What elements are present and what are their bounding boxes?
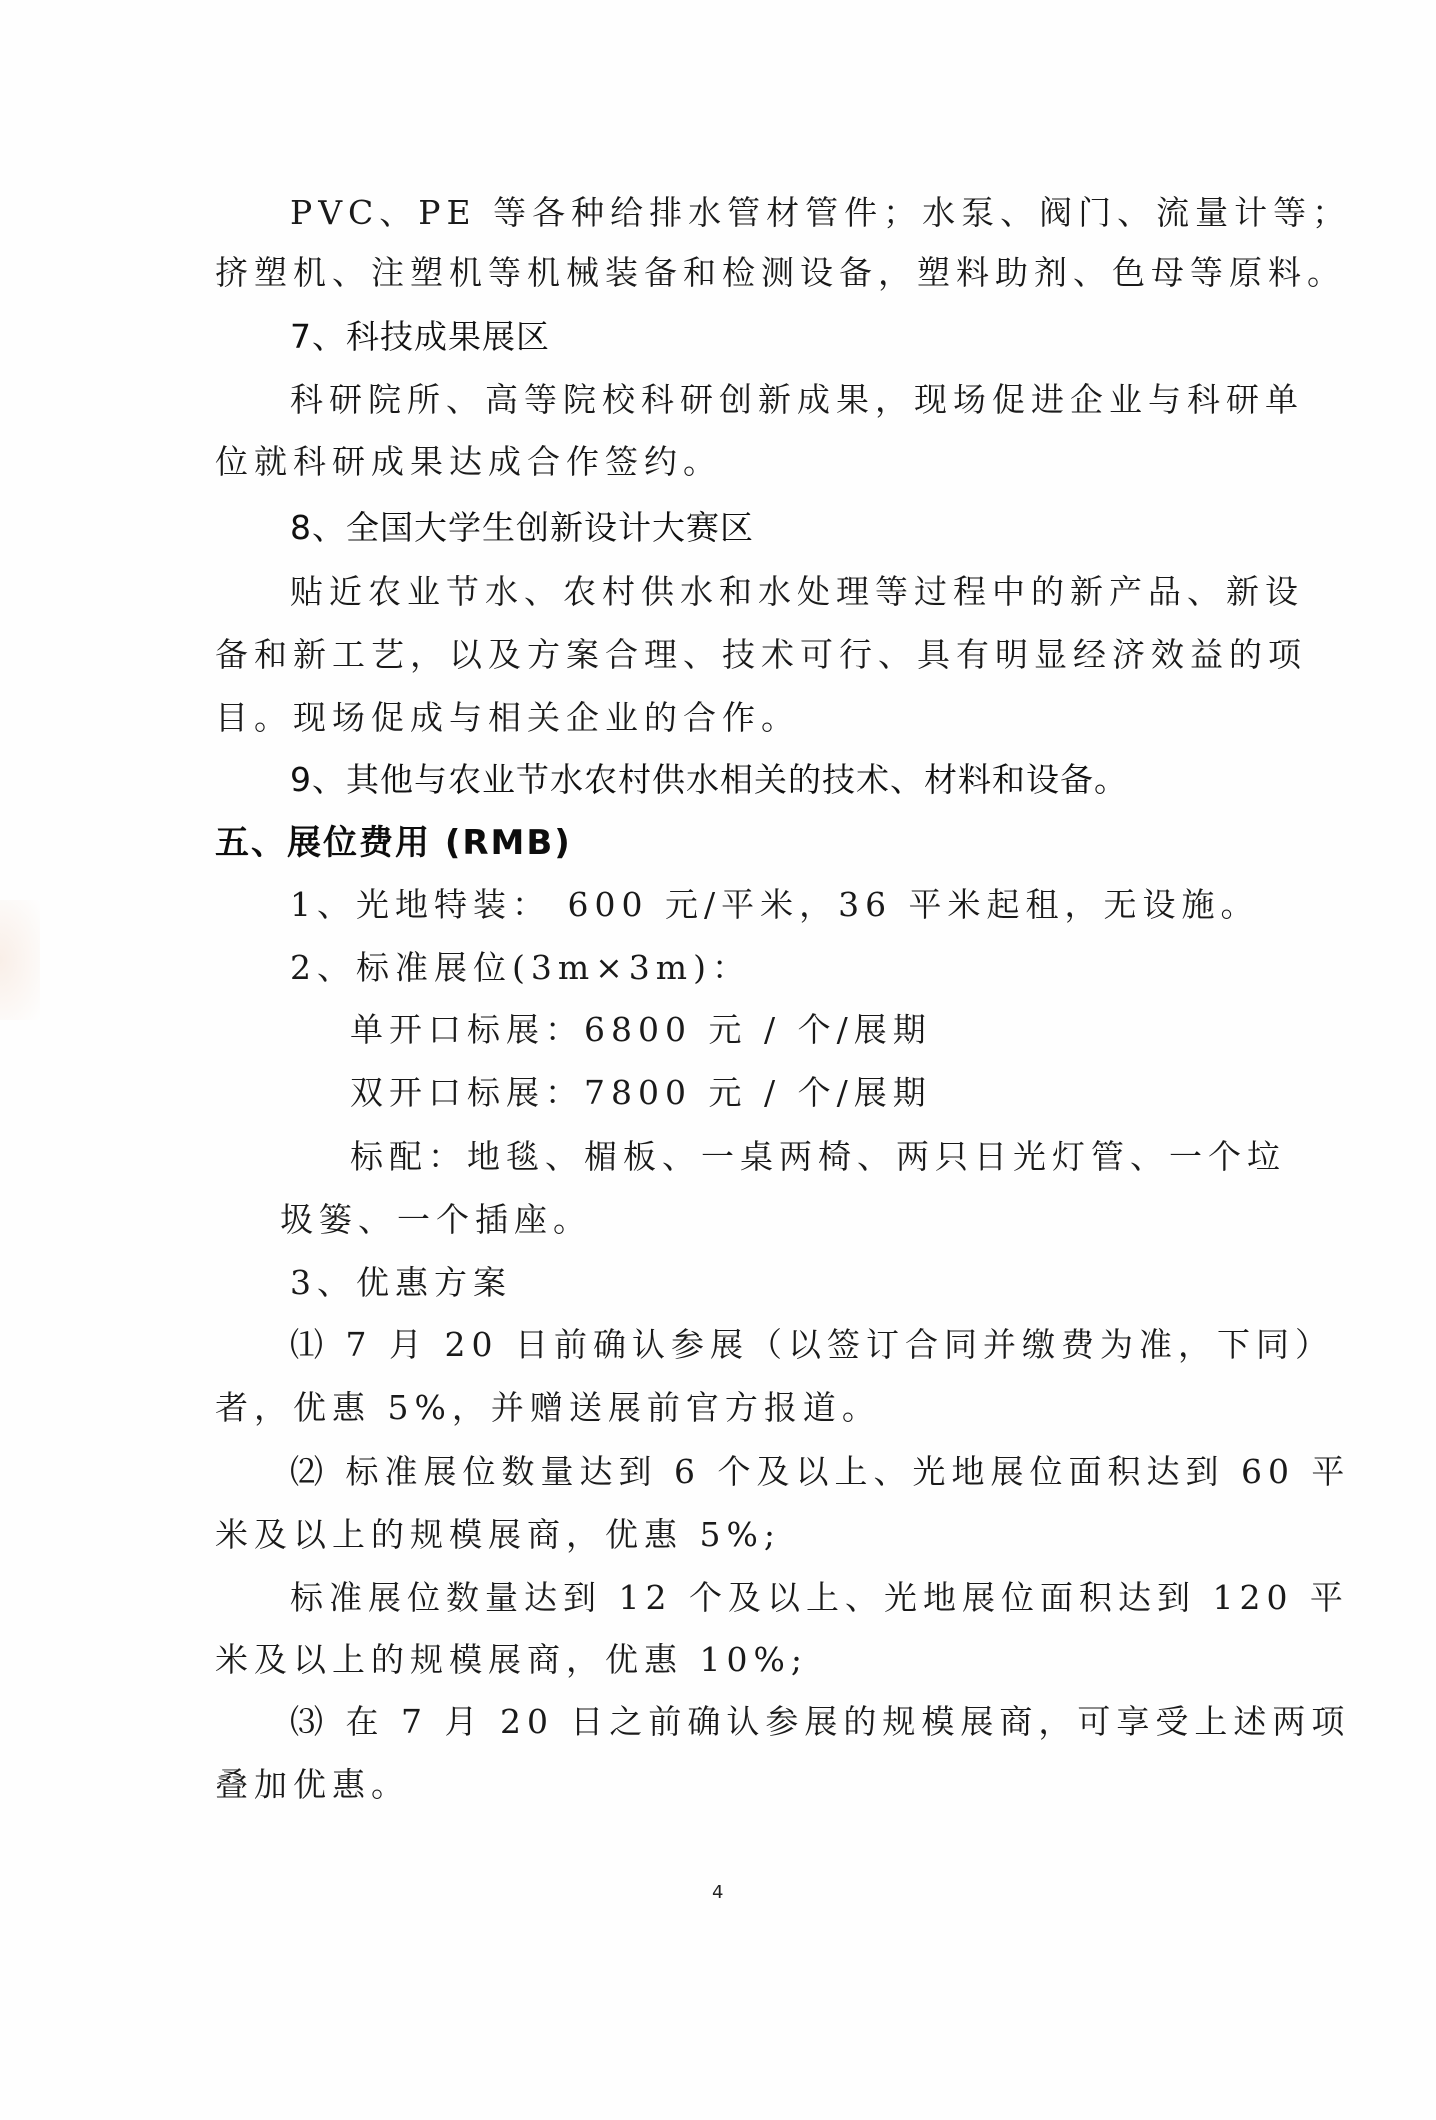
discount-item-1-cont: 者，优惠 5%，并赠送展前官方报道。: [215, 1388, 881, 1428]
standard-config: 标配：地毯、楣板、一桌两椅、两只日光灯管、一个垃: [350, 1137, 1286, 1177]
body-text-line: 备和新工艺，以及方案合理、技术可行、具有明显经济效益的项: [215, 635, 1307, 675]
scan-stain: [0, 900, 40, 1020]
discount-item-2: ⑵ 标准展位数量达到 6 个及以上、光地展位面积达到 60 平: [290, 1452, 1350, 1492]
document-page: PVC、PE 等各种给排水管材管件；水泵、阀门、流量计等； 挤塑机、注塑机等机械…: [0, 0, 1436, 2120]
body-text-line: 科研院所、高等院校科研创新成果，现场促进企业与科研单: [290, 380, 1304, 420]
body-text-line: PVC、PE 等各种给排水管材管件；水泵、阀门、流量计等；: [290, 193, 1351, 233]
discount-heading: 3、优惠方案: [290, 1263, 512, 1303]
page-number: 4: [712, 1882, 723, 1903]
fee-double-open: 双开口标展：7800 元 / 个/展期: [350, 1073, 932, 1113]
discount-item-1: ⑴ 7 月 20 日前确认参展（以签订合同并缴费为准，下同）: [290, 1325, 1334, 1365]
fee-item-standard-booth: 2、标准展位(3m×3m)：: [290, 948, 751, 988]
discount-item-3: ⑶ 在 7 月 20 日之前确认参展的规模展商，可享受上述两项: [290, 1702, 1350, 1742]
fee-item-raw-space: 1、光地特装： 600 元/平米，36 平米起租，无设施。: [290, 885, 1260, 925]
body-text-line: 挤塑机、注塑机等机械装备和检测设备，塑料助剂、色母等原料。: [215, 253, 1346, 293]
discount-item-3-cont: 叠加优惠。: [215, 1765, 410, 1805]
discount-item-2b-cont: 米及以上的规模展商，优惠 10%;: [215, 1640, 808, 1680]
subsection-heading-9: 9、其他与农业节水农村供水相关的技术、材料和设备。: [290, 760, 1128, 800]
body-text-line: 目。现场促成与相关企业的合作。: [215, 698, 800, 738]
body-text-line: 位就科研成果达成合作签约。: [215, 442, 722, 482]
body-text-line: 贴近农业节水、农村供水和水处理等过程中的新产品、新设: [290, 572, 1304, 612]
discount-item-2-cont: 米及以上的规模展商，优惠 5%;: [215, 1515, 781, 1555]
section-heading-booth-fees: 五、展位费用 (RMB): [215, 823, 572, 863]
discount-item-2b: 标准展位数量达到 12 个及以上、光地展位面积达到 120 平: [290, 1578, 1349, 1618]
standard-config-cont: 圾篓、一个插座。: [280, 1200, 592, 1240]
subsection-heading-8: 8、全国大学生创新设计大赛区: [290, 508, 754, 548]
fee-single-open: 单开口标展：6800 元 / 个/展期: [350, 1010, 932, 1050]
subsection-heading-7: 7、科技成果展区: [290, 317, 550, 357]
